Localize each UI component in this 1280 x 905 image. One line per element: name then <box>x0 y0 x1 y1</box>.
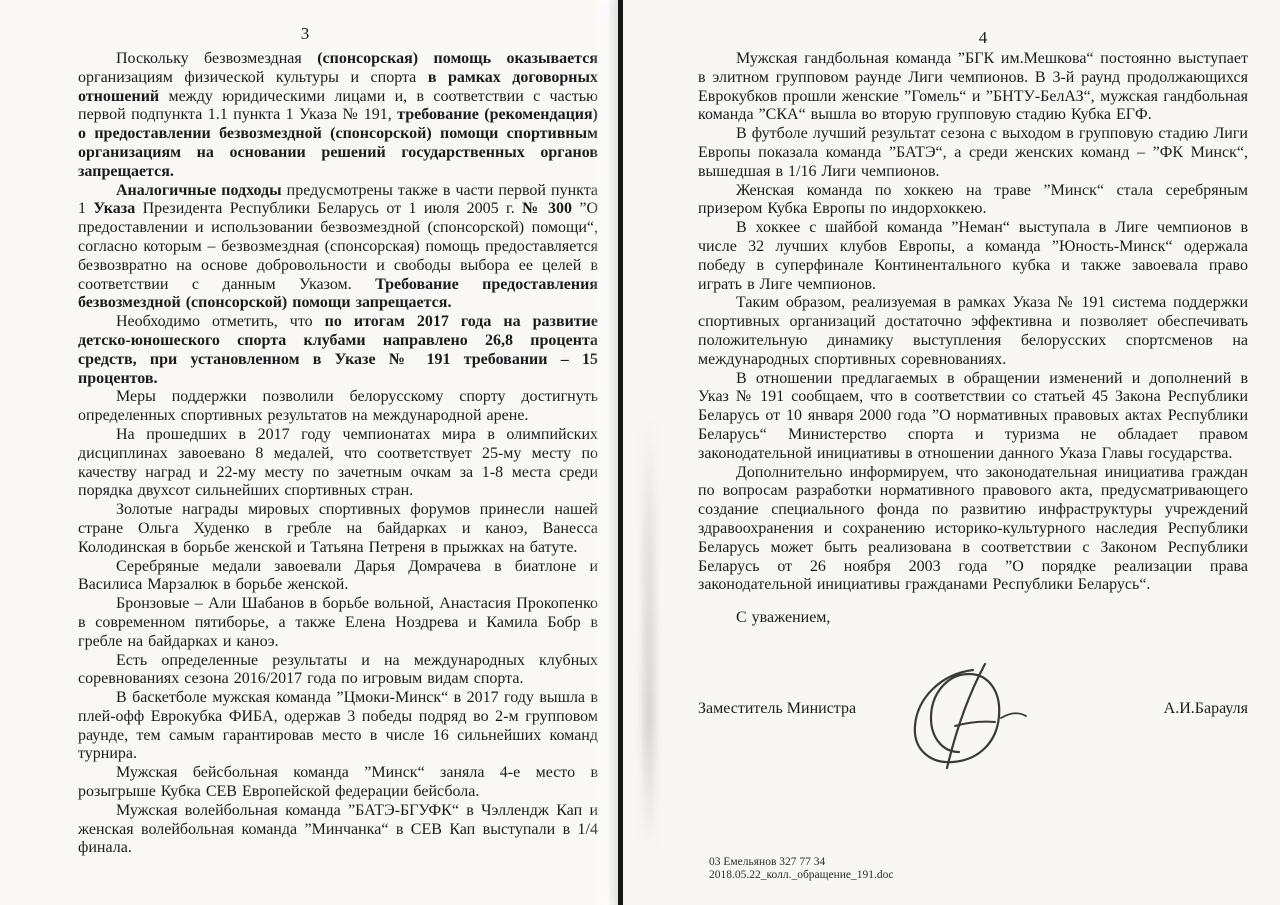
paragraph: На прошедших в 2017 году чемпионатах мир… <box>78 426 598 501</box>
page-3: 3 Поскольку безвозмездная (спонсорская) … <box>0 0 618 905</box>
paragraph: Золотые награды мировых спортивных форум… <box>78 501 598 557</box>
signer-title: Заместитель Министра <box>698 700 856 718</box>
paragraph: Женская команда по хоккею на траве ”Минс… <box>698 182 1248 220</box>
paragraph: Необходимо отметить, что по итогам 2017 … <box>78 313 598 388</box>
paragraph: Аналогичные подходы предусмотрены также … <box>78 182 598 314</box>
paragraph: В отношении предлагаемых в обращении изм… <box>698 370 1248 464</box>
paragraph: В баскетболе мужская команда ”Цмоки-Минс… <box>78 689 598 764</box>
paragraph: Мужская бейсбольная команда ”Минск“ заня… <box>78 764 598 802</box>
paragraph: В футболе лучший результат сезона с выхо… <box>698 125 1248 181</box>
footer-line-2: 2018.05.22_колл._обращение_191.doc <box>709 869 894 882</box>
closing-line: С уважением, <box>698 609 1248 628</box>
signature-scribble <box>895 660 1035 775</box>
page-number-4: 4 <box>963 28 1003 48</box>
paragraph: Мужская волейбольная команда ”БАТЭ-БГУФК… <box>78 802 598 858</box>
scanned-document: 3 Поскольку безвозмездная (спонсорская) … <box>0 0 1280 905</box>
paragraph: Бронзовые – Али Шабанов в борьбе вольной… <box>78 595 598 651</box>
page-4-body: Мужская гандбольная команда ”БГК им.Мешк… <box>698 50 1248 628</box>
paragraph: В хоккее с шайбой команда ”Неман“ выступ… <box>698 219 1248 294</box>
page-number-3: 3 <box>285 24 325 44</box>
paragraph: Поскольку безвозмездная (спонсорская) по… <box>78 50 598 182</box>
signer-name: А.И.Барауля <box>1164 700 1248 718</box>
scan-smudge <box>643 420 655 850</box>
page-4: 4 Мужская гандбольная команда ”БГК им.Ме… <box>623 0 1280 905</box>
paragraph: Таким образом, реализуемая в рамках Указ… <box>698 294 1248 369</box>
document-footer: 03 Емельянов 327 77 34 2018.05.22_колл._… <box>709 856 894 882</box>
paragraph: Мужская гандбольная команда ”БГК им.Мешк… <box>698 50 1248 125</box>
paragraph: Дополнительно информируем, что законодат… <box>698 464 1248 596</box>
paragraph: Серебряные медали завоевали Дарья Домрач… <box>78 558 598 596</box>
paragraph: Есть определенные результаты и на междун… <box>78 652 598 690</box>
page-3-body: Поскольку безвозмездная (спонсорская) по… <box>78 50 598 858</box>
paragraph: Меры поддержки позволили белорусскому сп… <box>78 388 598 426</box>
page-4-paragraphs: Мужская гандбольная команда ”БГК им.Мешк… <box>698 50 1248 595</box>
footer-line-1: 03 Емельянов 327 77 34 <box>709 856 894 869</box>
